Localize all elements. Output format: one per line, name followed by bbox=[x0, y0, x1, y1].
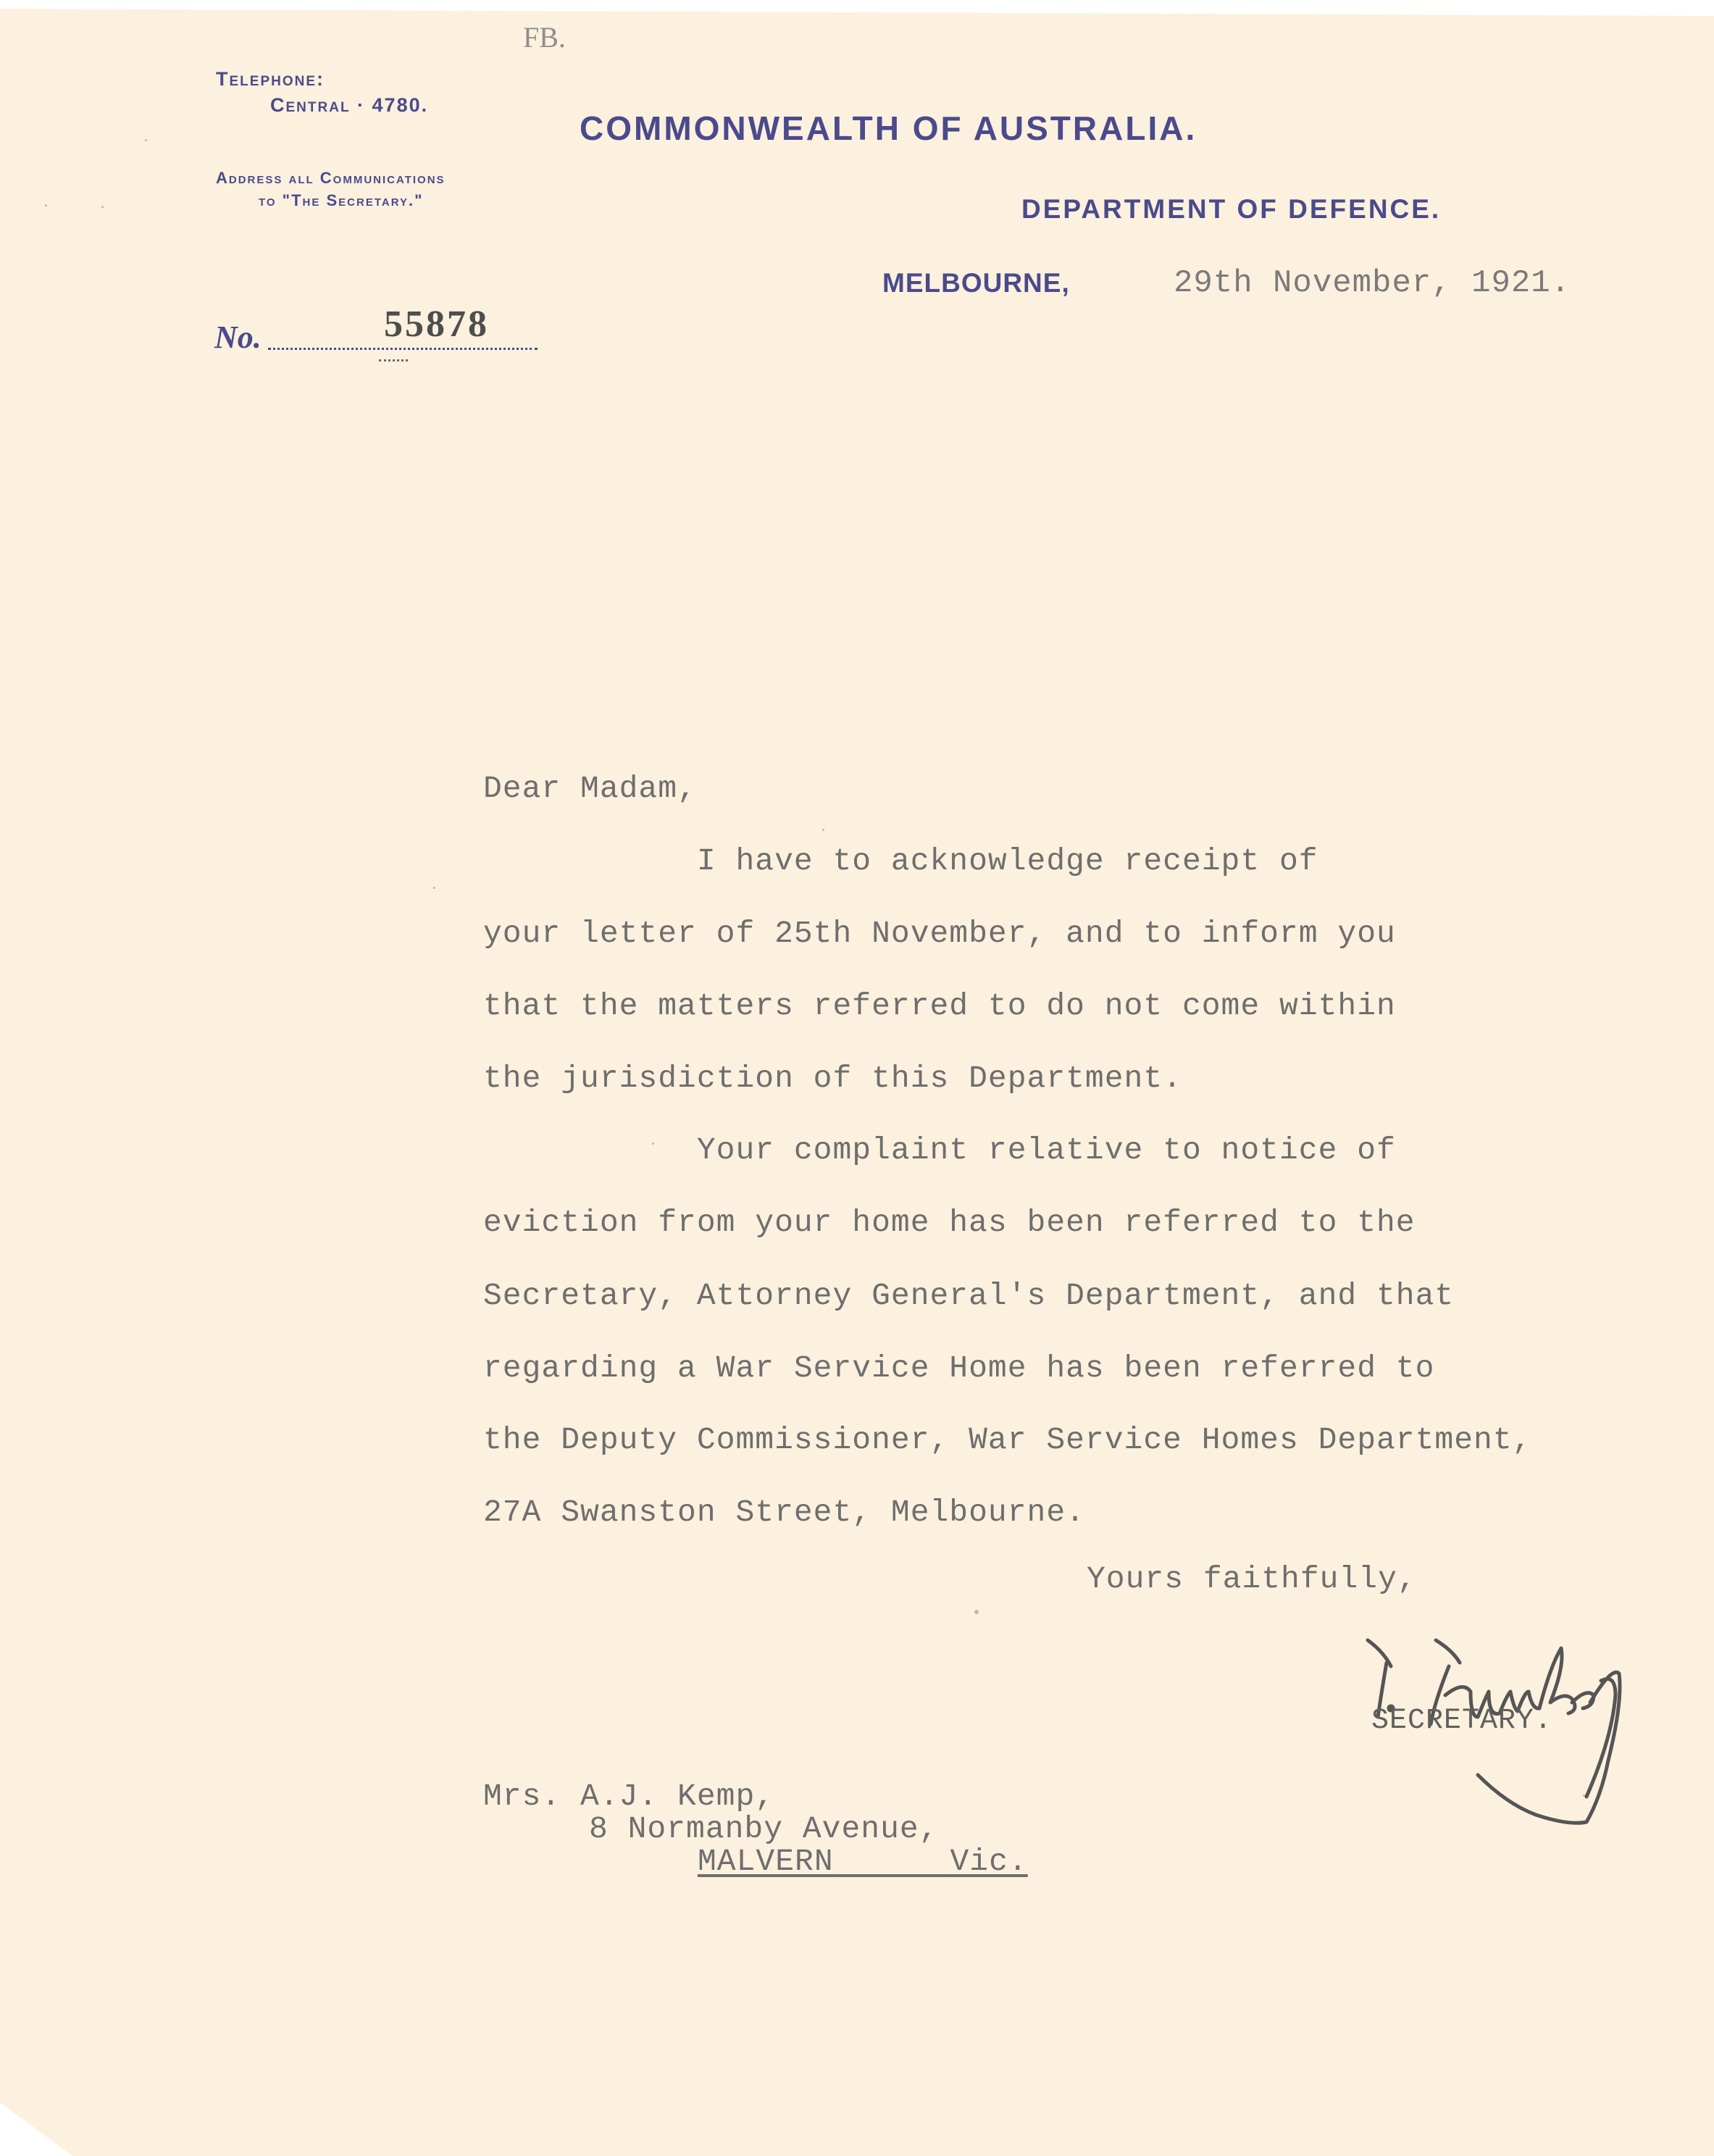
letter-date: 29th November, 1921. bbox=[1174, 265, 1571, 301]
reference-dotted-line bbox=[268, 348, 538, 350]
body-line: eviction from your home has been referre… bbox=[483, 1205, 1416, 1240]
body-line: your letter of 25th November, and to inf… bbox=[483, 916, 1396, 951]
letterhead-telephone-number: Central · 4780. bbox=[270, 94, 428, 117]
body-line: Your complaint relative to notice of bbox=[483, 1132, 1396, 1168]
letterhead-address-note-line2: to "The Secretary." bbox=[259, 191, 424, 210]
filing-mark: FB. bbox=[523, 20, 566, 54]
recipient-suburb-name: MALVERN bbox=[698, 1844, 834, 1879]
body-line: the Deputy Commissioner, War Service Hom… bbox=[483, 1422, 1531, 1458]
letterhead-organization: COMMONWEALTH OF AUSTRALIA. bbox=[580, 109, 1197, 148]
reference-number-label: No. bbox=[214, 319, 262, 356]
recipient-suburb: MALVERN Vic. bbox=[698, 1844, 1028, 1879]
body-line: that the matters referred to do not come… bbox=[483, 988, 1396, 1024]
reference-number-value: 55878 bbox=[384, 303, 489, 346]
reference-sub-dots bbox=[379, 359, 408, 362]
letterhead-address-note: Address all Communications bbox=[216, 169, 446, 188]
recipient-state: Vic. bbox=[950, 1844, 1027, 1879]
closing: Yours faithfully, bbox=[1087, 1561, 1417, 1597]
recipient-spacer bbox=[834, 1844, 950, 1879]
letterhead-telephone-label: Telephone: bbox=[216, 68, 325, 91]
handwritten-signature-icon bbox=[1362, 1623, 1695, 1862]
letterhead-department: DEPARTMENT OF DEFENCE. bbox=[1021, 194, 1441, 225]
body-line: the jurisdiction of this Department. bbox=[483, 1061, 1182, 1096]
recipient-name: Mrs. A.J. Kemp, bbox=[483, 1779, 774, 1814]
letterhead-city: MELBOURNE, bbox=[882, 268, 1070, 298]
body-line: Secretary, Attorney General's Department… bbox=[483, 1278, 1454, 1313]
recipient-street: 8 Normanby Avenue, bbox=[589, 1811, 938, 1847]
signatory-title: SECRETARY. bbox=[1371, 1705, 1552, 1737]
body-line: I have to acknowledge receipt of bbox=[483, 843, 1318, 879]
salutation: Dear Madam, bbox=[483, 771, 697, 806]
body-line: 27A Swanston Street, Melbourne. bbox=[483, 1495, 1085, 1530]
body-line: regarding a War Service Home has been re… bbox=[483, 1350, 1434, 1386]
